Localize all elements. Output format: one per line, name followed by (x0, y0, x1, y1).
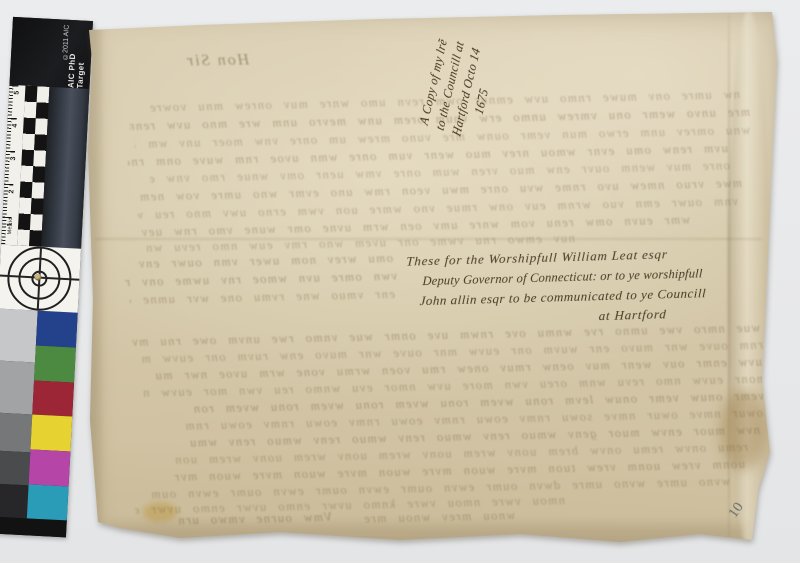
target-header: AIC PhD Target ©2011 AIC (9, 17, 92, 89)
ruler-number: 5 (13, 91, 20, 95)
calibration-target-body: AIC PhD Target ©2011 AIC 54321 Metric (0, 17, 93, 537)
ghost-handwriting-line: Vmw ourne vmwo urn (147, 510, 332, 530)
manuscript-letter: nw umre onv muwe rnmo uvw emnur owm revn… (85, 10, 780, 548)
gray-patch (0, 412, 32, 452)
color-patch (29, 449, 71, 486)
color-patch-grid (0, 309, 78, 521)
focus-bullseye-target (0, 245, 81, 313)
ruler-numbers: 54321 (9, 85, 25, 86)
ruler-number: 3 (10, 156, 17, 160)
ruler-number: 2 (8, 189, 15, 193)
ruler-unit-label: Metric (7, 218, 14, 235)
color-patch (27, 484, 69, 520)
manuscript-paper: nw umre onv muwe rnmo uvw emnur owm revn… (85, 10, 780, 548)
color-patch (32, 381, 74, 417)
target-middle-section: 54321 Metric (1, 85, 89, 249)
ghost-handwriting-line: wnou mrev wnou mre (355, 508, 515, 528)
color-patch (34, 346, 76, 383)
digitized-manuscript-photo: AIC PhD Target ©2011 AIC 54321 Metric (0, 0, 800, 563)
gray-patch (0, 450, 30, 485)
ghost-heading: Hon Sir (185, 51, 250, 70)
ruler-number: 4 (12, 124, 19, 128)
calibration-target: AIC PhD Target ©2011 AIC 54321 Metric (13, 19, 93, 536)
gray-patch (0, 483, 29, 518)
color-patch (36, 311, 78, 348)
color-patch (30, 414, 72, 451)
address-block: These for the Worshipfull William Leat e… (398, 240, 800, 332)
gray-patch (0, 360, 35, 414)
gray-patch (0, 309, 38, 363)
slate-bar (41, 87, 89, 249)
ghost-handwriting-line: enr vmuo wne rvmu one wvr umne ovw r (130, 287, 395, 309)
